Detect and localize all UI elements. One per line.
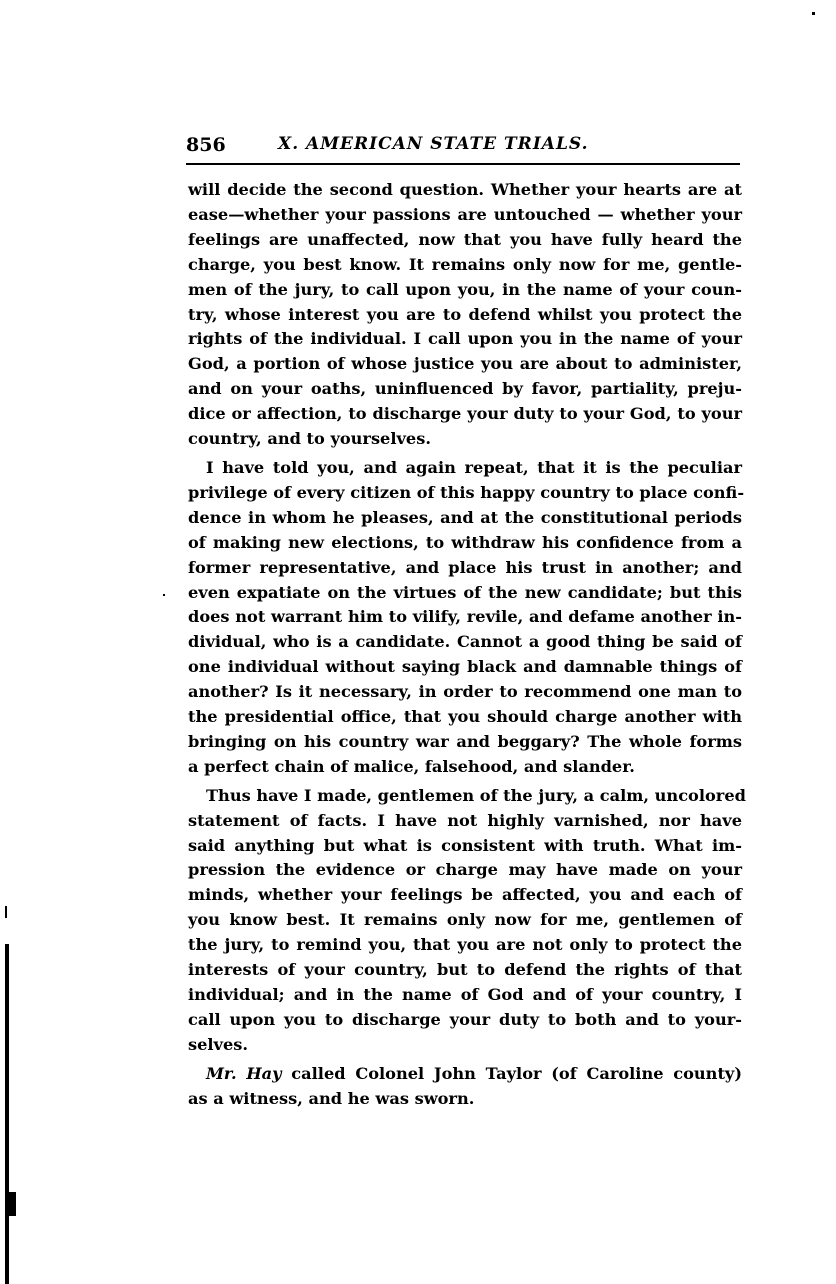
text-line: interests of your country, but to defend… xyxy=(188,958,742,983)
text-line: statement of facts. I have not highly va… xyxy=(188,809,742,834)
text-line: the jury, to remind you, that you are no… xyxy=(188,933,742,958)
text-line: dividual, who is a candidate. Cannot a g… xyxy=(188,630,742,655)
text-line: charge, you best know. It remains only n… xyxy=(188,253,742,278)
text-line: dence in whom he pleases, and at the con… xyxy=(188,506,742,531)
text-line: individual; and in the name of God and o… xyxy=(188,983,742,1008)
text-line: men of the jury, to call upon you, in th… xyxy=(188,278,742,303)
text-line: another? Is it necessary, in order to re… xyxy=(188,680,742,705)
text-line: you know best. It remains only now for m… xyxy=(188,908,742,933)
text-line: country, and to yourselves. xyxy=(188,427,742,452)
text-line: I have told you, and again repeat, that … xyxy=(188,456,742,481)
text-line: selves. xyxy=(188,1033,742,1058)
page-body: will decide the second question. Whether… xyxy=(188,178,742,1112)
text-line: Thus have I made, gentlemen of the jury,… xyxy=(188,784,742,809)
page-number: 856 xyxy=(186,134,226,156)
running-title: X. AMERICAN STATE TRIALS. xyxy=(278,134,589,154)
paragraph: Mr. Hay called Colonel John Taylor (of C… xyxy=(188,1062,742,1112)
paragraph: Thus have I made, gentlemen of the jury,… xyxy=(188,784,742,1058)
text-line: call upon you to discharge your duty to … xyxy=(188,1008,742,1033)
scan-speck xyxy=(812,12,815,15)
text-line: God, a portion of whose justice you are … xyxy=(188,352,742,377)
text-line: will decide the second question. Whether… xyxy=(188,178,742,203)
text-line: of making new elections, to withdraw his… xyxy=(188,531,742,556)
text-line: as a witness, and he was sworn. xyxy=(188,1087,742,1112)
text-line: does not warrant him to vilify, revile, … xyxy=(188,605,742,630)
text-line: one individual without saying black and … xyxy=(188,655,742,680)
paragraph: will decide the second question. Whether… xyxy=(188,178,742,452)
text-line: the presidential office, that you should… xyxy=(188,705,742,730)
text-line: privilege of every citizen of this happy… xyxy=(188,481,742,506)
scan-edge-blot xyxy=(6,1192,16,1216)
scan-edge-shadow xyxy=(5,944,9,1284)
text-line: feelings are unaffected, now that you ha… xyxy=(188,228,742,253)
running-header: 856 X. AMERICAN STATE TRIALS. xyxy=(186,134,740,164)
text-line: try, whose interest you are to defend wh… xyxy=(188,303,742,328)
text-line: Mr. Hay called Colonel John Taylor (of C… xyxy=(188,1062,742,1087)
text-line: a perfect chain of malice, falsehood, an… xyxy=(188,755,742,780)
text-line: pression the evidence or charge may have… xyxy=(188,858,742,883)
paragraph: I have told you, and again repeat, that … xyxy=(188,456,742,780)
text-line: ease—whether your passions are untouched… xyxy=(188,203,742,228)
speaker-name: Mr. Hay xyxy=(206,1064,282,1083)
text-line: rights of the individual. I call upon yo… xyxy=(188,327,742,352)
text-line: even expatiate on the virtues of the new… xyxy=(188,581,742,606)
text-line: minds, whether your feelings be affected… xyxy=(188,883,742,908)
text-line: and on your oaths, uninfluenced by favor… xyxy=(188,377,742,402)
header-rule xyxy=(186,163,740,165)
text-line: dice or affection, to discharge your dut… xyxy=(188,402,742,427)
text-line: said anything but what is consistent wit… xyxy=(188,834,742,859)
scan-speck xyxy=(163,594,165,596)
text-line: bringing on his country war and beggary?… xyxy=(188,730,742,755)
scan-edge-mark xyxy=(5,906,7,918)
text-line: former representative, and place his tru… xyxy=(188,556,742,581)
